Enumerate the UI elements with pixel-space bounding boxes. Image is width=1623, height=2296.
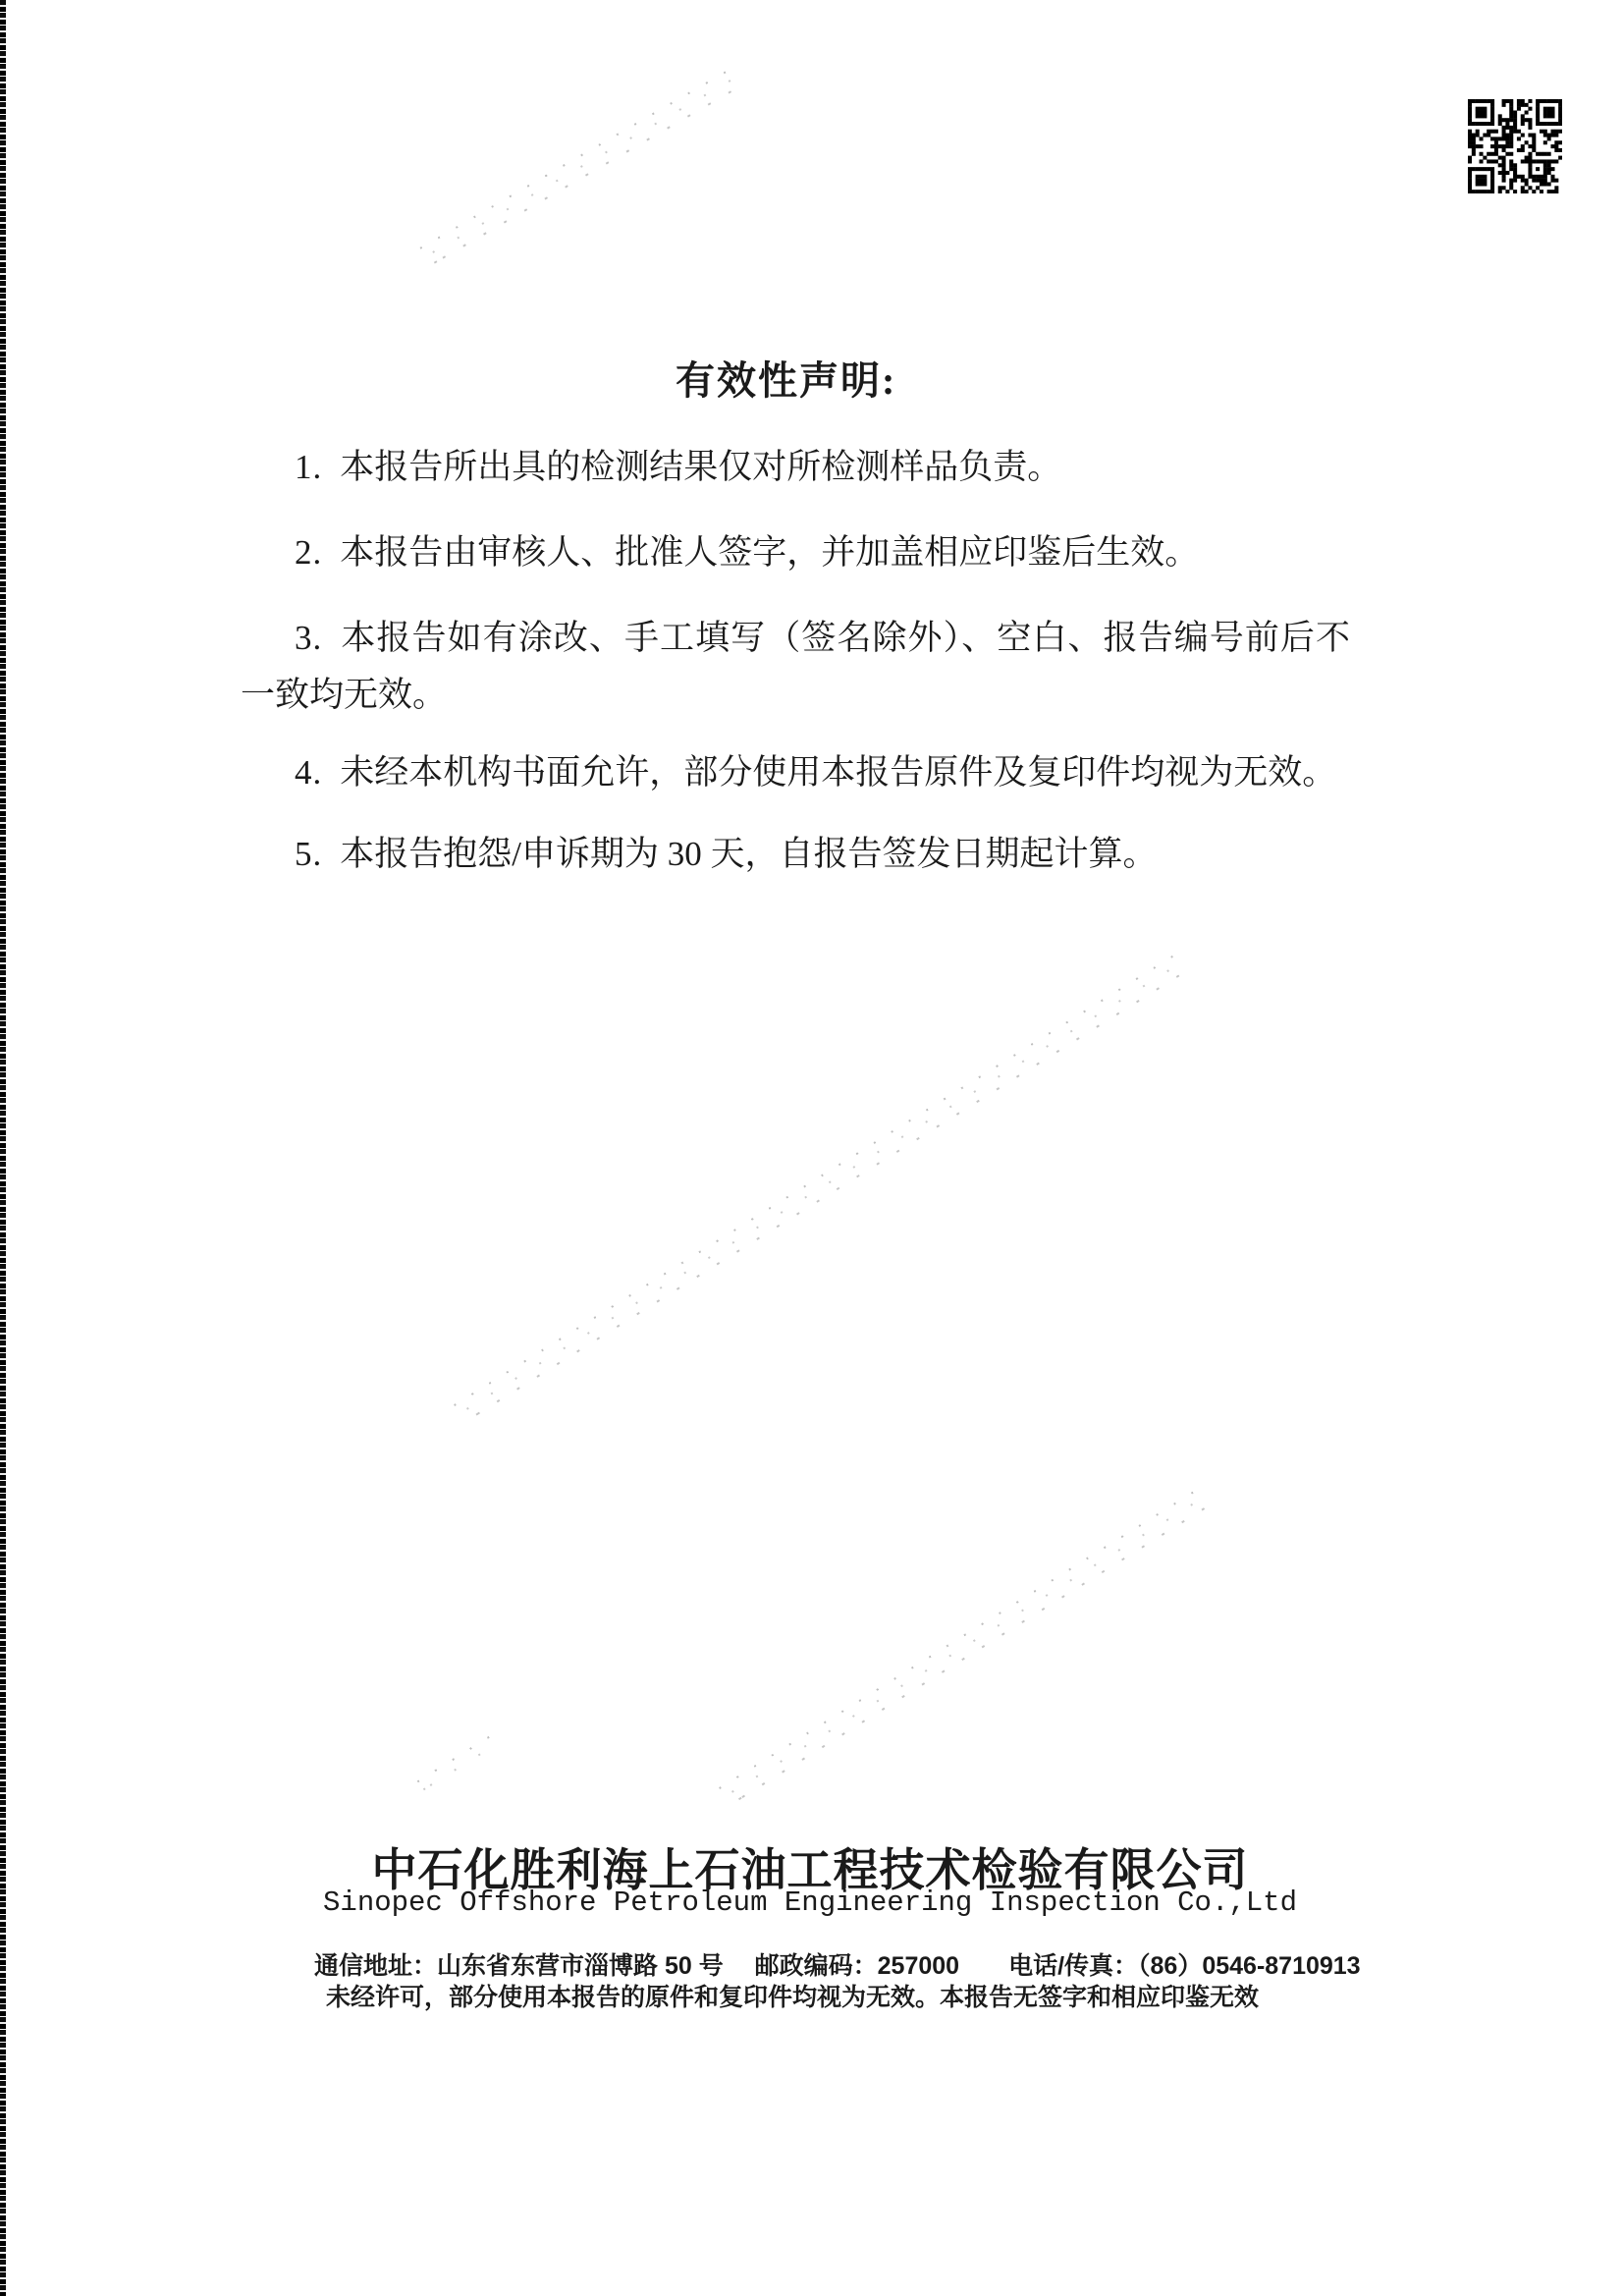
statement-number: 2. <box>295 533 322 572</box>
statement-list: 1.本报告所出具的检测结果仅对所检测样品负责。 2.本报告由审核人、批准人签字，… <box>241 439 1350 883</box>
statement-item: 4.未经本机构书面允许，部分使用本报告原件及复印件均视为无效。 <box>241 744 1350 801</box>
scanned-report-page: { "page": { "title": "有效性声明:", "statemen… <box>0 0 1623 2296</box>
watermark-streak <box>719 1486 1217 1813</box>
statement-text: 本报告如有涂改、手工填写（签名除外）、空白、报告编号前后不一致均无效。 <box>241 619 1350 714</box>
statement-number: 5. <box>295 835 322 873</box>
watermark-streak <box>417 1731 507 1797</box>
statement-number: 4. <box>295 753 322 792</box>
usage-notice: 未经许可，部分使用本报告的原件和复印件均视为无效。本报告无签字和相应印鉴无效 <box>326 1978 1259 2013</box>
statement-text: 未经本机构书面允许，部分使用本报告原件及复印件均视为无效。 <box>340 753 1336 792</box>
statement-number: 3. <box>295 619 322 657</box>
statement-text: 本报告所出具的检测结果仅对所检测样品负责。 <box>340 448 1061 486</box>
statement-item: 2.本报告由审核人、批准人签字，并加盖相应印鉴后生效。 <box>241 524 1350 581</box>
qr-code <box>1468 99 1562 193</box>
statement-item: 3.本报告如有涂改、手工填写（签名除外）、空白、报告编号前后不一致均无效。 <box>241 610 1350 724</box>
statement-text: 本报告由审核人、批准人签字，并加盖相应印鉴后生效。 <box>340 533 1199 572</box>
statement-item: 1.本报告所出具的检测结果仅对所检测样品负责。 <box>241 439 1350 496</box>
company-name-en: Sinopec Offshore Petroleum Engineering I… <box>0 1886 1620 1919</box>
watermark-streak <box>454 955 1189 1430</box>
page-title: 有效性声明: <box>676 350 896 406</box>
statement-text: 本报告抱怨/申诉期为 30 天，自报告签发日期起计算。 <box>340 835 1157 873</box>
scan-edge-artifact <box>0 0 6 2296</box>
watermark-streak <box>420 66 749 273</box>
statement-item: 5.本报告抱怨/申诉期为 30 天，自报告签发日期起计算。 <box>241 826 1350 883</box>
contact-info: 通信地址：山东省东营市淄博路 50 号 邮政编码：257000 电话/传真：（8… <box>314 1946 1361 1982</box>
statement-number: 1. <box>295 448 322 486</box>
